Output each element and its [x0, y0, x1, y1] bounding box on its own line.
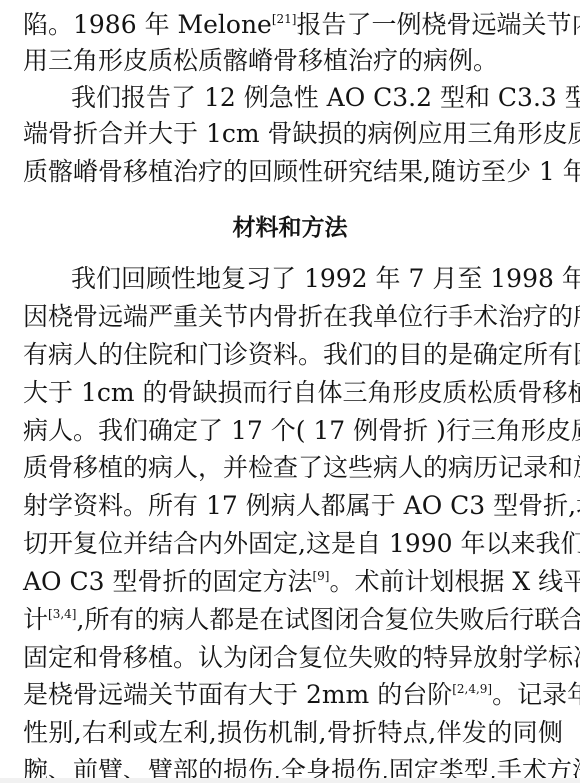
methods-line-7: 射学资料。所有 17 例病人都属于 AO C3 型骨折,均行 — [23, 489, 563, 523]
text-span: 陷。1986 年 Melone — [23, 10, 272, 39]
citation-ref: [3,4] — [48, 607, 76, 621]
text-span: 质骨移植的病人，并检查了这些病人的病历记录和放 — [23, 453, 580, 482]
text-span: 。术前计划根据 X 线平片设 — [329, 567, 580, 596]
text-span: 病人。我们确定了 17 个( 17 例骨折 )行三角形皮质松 — [23, 416, 580, 445]
study-line-3: 质髂嵴骨移植治疗的回顾性研究结果,随访至少 1 年。 — [23, 155, 563, 189]
text-span: 固定和骨移植。认为闭合复位失败的特异放射学标准 — [23, 643, 580, 672]
citation-ref: [21] — [272, 12, 297, 26]
text-span: 计 — [23, 605, 48, 634]
methods-line-12: 是桡骨远端关节面有大于 2mm 的台阶[2,4,9]。记录年龄, — [23, 678, 563, 712]
methods-line-5: 病人。我们确定了 17 个( 17 例骨折 )行三角形皮质松 — [23, 414, 563, 448]
methods-line-9: AO C3 型骨折的固定方法[9]。术前计划根据 X 线平片设 — [23, 565, 563, 599]
intro-line-2: 用三角形皮质松质髂嵴骨移植治疗的病例。 — [23, 44, 563, 78]
intro-line-1: 陷。1986 年 Melone[21]报告了一例桡骨远端关节内骨折 — [23, 8, 563, 42]
text-span: 切开复位并结合内外固定,这是自 1990 年以来我们对 — [23, 529, 580, 558]
study-line-1: 我们报告了 12 例急性 AO C3.2 型和 C3.3 型桡骨远 — [71, 81, 563, 115]
document-page: 陷。1986 年 Melone[21]报告了一例桡骨远端关节内骨折 用三角形皮质… — [0, 0, 580, 778]
section-heading: 材料和方法 — [0, 211, 580, 245]
text-span: 大于 1cm 的骨缺损而行自体三角形皮质松质骨移植的 — [23, 378, 580, 407]
text-span: 用三角形皮质松质髂嵴骨移植治疗的病例。 — [23, 46, 498, 75]
methods-line-2: 因桡骨远端严重关节内骨折在我单位行手术治疗的所 — [23, 300, 563, 334]
study-line-2: 端骨折合并大于 1cm 骨缺损的病例应用三角形皮质松 — [23, 117, 563, 151]
methods-line-6: 质骨移植的病人，并检查了这些病人的病历记录和放 — [23, 451, 563, 485]
citation-ref: [9] — [312, 569, 329, 583]
text-span: 我们回顾性地复习了 1992 年 7 月至 1998 年 5 月 — [71, 264, 580, 293]
methods-line-8: 切开复位并结合内外固定,这是自 1990 年以来我们对 — [23, 527, 563, 561]
methods-line-1: 我们回顾性地复习了 1992 年 7 月至 1998 年 5 月 — [71, 262, 563, 296]
text-span: 因桡骨远端严重关节内骨折在我单位行手术治疗的所 — [23, 302, 580, 331]
text-span: 是桡骨远端关节面有大于 2mm 的台阶 — [23, 680, 452, 709]
text-span: 性别,右利或左利,损伤机制,骨折特点,伴发的同侧 — [23, 718, 563, 747]
text-span: 。记录年龄, — [492, 680, 580, 709]
text-span: AO C3 型骨折的固定方法 — [23, 567, 312, 596]
text-span: 报告了一例桡骨远端关节内骨折 — [297, 10, 580, 39]
text-span: ,所有的病人都是在试图闭合复位失败后行联合 — [76, 605, 580, 634]
text-span: 有病人的住院和门诊资料。我们的目的是确定所有因 — [23, 340, 580, 369]
citation-ref: [2,4,9] — [452, 682, 492, 696]
methods-line-4: 大于 1cm 的骨缺损而行自体三角形皮质松质骨移植的 — [23, 376, 563, 410]
page-bottom-edge — [0, 778, 580, 783]
text-span: 射学资料。所有 17 例病人都属于 AO C3 型骨折,均行 — [23, 491, 580, 520]
methods-line-3: 有病人的住院和门诊资料。我们的目的是确定所有因 — [23, 338, 563, 372]
methods-line-13: 性别,右利或左利,损伤机制,骨折特点,伴发的同侧 — [23, 716, 563, 750]
methods-line-11: 固定和骨移植。认为闭合复位失败的特异放射学标准 — [23, 641, 563, 675]
methods-line-10: 计[3,4],所有的病人都是在试图闭合复位失败后行联合 — [23, 603, 563, 637]
